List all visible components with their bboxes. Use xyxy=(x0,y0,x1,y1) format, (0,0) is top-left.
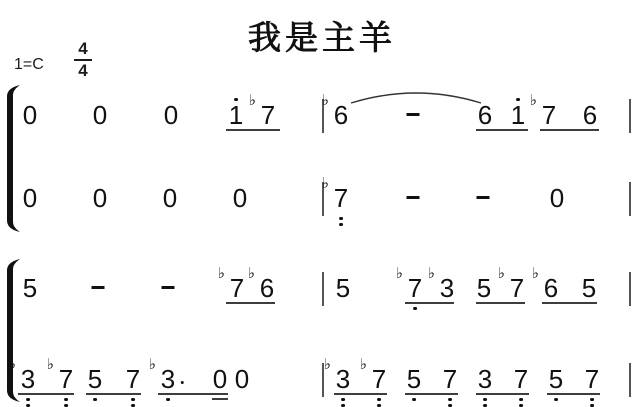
note: 7♭ xyxy=(59,366,73,392)
note: 3♭ xyxy=(440,275,454,301)
rest-note: 0 xyxy=(163,185,177,211)
octave-dot-below xyxy=(166,398,169,401)
note-digit: 0 xyxy=(93,183,107,213)
rest-note: 0 xyxy=(93,185,107,211)
note: 7♭ xyxy=(261,102,275,128)
note-digit: 1 xyxy=(511,100,525,130)
barline xyxy=(629,363,631,397)
beam-underline xyxy=(86,393,141,395)
note-digit: 5 xyxy=(336,273,350,303)
beam-underline xyxy=(542,302,597,304)
half-note-dash xyxy=(162,286,175,289)
beam-underline xyxy=(476,393,529,395)
flat-icon: ♭ xyxy=(322,176,329,191)
flat-icon: ♭ xyxy=(530,93,537,108)
octave-dot-below xyxy=(590,398,593,401)
flat-icon: ♭ xyxy=(149,357,156,372)
note-digit: 0 xyxy=(23,100,37,130)
note: 7 xyxy=(443,366,457,392)
note-digit: 3 xyxy=(161,364,175,394)
octave-dot-below xyxy=(412,398,415,401)
note-digit: 3 xyxy=(336,364,350,394)
note: 7♭ xyxy=(510,275,524,301)
note: 7♭ xyxy=(230,275,244,301)
flat-icon: ♭ xyxy=(47,357,54,372)
note: 5 xyxy=(477,275,491,301)
note-digit: 7 xyxy=(408,273,422,303)
note-digit: 0 xyxy=(164,100,178,130)
octave-dot-below xyxy=(413,307,416,310)
note-digit: 7 xyxy=(261,100,275,130)
flat-icon: ♭ xyxy=(428,266,435,281)
barline xyxy=(322,272,324,306)
note-digit: 6 xyxy=(478,100,492,130)
note-digit: 3 xyxy=(21,364,35,394)
beam-underline xyxy=(547,393,600,395)
note-digit: 7 xyxy=(372,364,386,394)
note: 3♭ xyxy=(161,366,175,392)
half-note-dash xyxy=(477,196,490,199)
rest-note: 0 xyxy=(550,185,564,211)
note-digit: 1 xyxy=(229,100,243,130)
octave-dot-below xyxy=(448,398,451,401)
rest-note: 0 xyxy=(213,366,227,392)
note-digit: 3 xyxy=(478,364,492,394)
note-digit: 7 xyxy=(542,100,556,130)
rest-note: 0 xyxy=(164,102,178,128)
half-note-dash xyxy=(92,286,105,289)
half-note-dash xyxy=(407,113,420,116)
note: 5 xyxy=(336,275,350,301)
note-digit: 5 xyxy=(88,364,102,394)
barline xyxy=(629,272,631,306)
beam-underline xyxy=(18,393,74,395)
note-digit: 0 xyxy=(235,364,249,394)
note: 7 xyxy=(126,366,140,392)
octave-dot-below xyxy=(483,398,486,401)
note: 3♭ xyxy=(21,366,35,392)
note: 7 xyxy=(585,366,599,392)
note: 7♭ xyxy=(334,185,348,211)
note-digit: 5 xyxy=(549,364,563,394)
flat-icon: ♭ xyxy=(218,266,225,281)
beam-underline xyxy=(405,393,458,395)
rest-note: 0 xyxy=(235,366,249,392)
note-digit: 6 xyxy=(334,100,348,130)
rest-note: 0 xyxy=(93,102,107,128)
sheet-music-page: 我是主羊 1=C 4 4 00017♭6♭617♭600007♭057♭6♭57… xyxy=(0,0,644,407)
note-digit: 0 xyxy=(93,100,107,130)
duration-dot xyxy=(181,381,184,384)
octave-dot-below xyxy=(377,398,380,401)
beam-underline-2 xyxy=(212,398,228,400)
note: 3 xyxy=(478,366,492,392)
octave-dot-below xyxy=(131,398,134,401)
note-digit: 6 xyxy=(544,273,558,303)
octave-dot-below xyxy=(93,398,96,401)
note: 6 xyxy=(583,102,597,128)
octave-dot-below xyxy=(64,398,67,401)
flat-icon: ♭ xyxy=(9,357,16,372)
flat-icon: ♭ xyxy=(532,266,539,281)
beam-underline xyxy=(226,302,275,304)
note-digit: 5 xyxy=(582,273,596,303)
note-digit: 7 xyxy=(443,364,457,394)
note: 6♭ xyxy=(334,102,348,128)
barline xyxy=(629,182,631,216)
note: 1 xyxy=(229,102,243,128)
note-digit: 7 xyxy=(126,364,140,394)
flat-icon: ♭ xyxy=(248,266,255,281)
note: 6♭ xyxy=(544,275,558,301)
note: 5 xyxy=(88,366,102,392)
note-digit: 0 xyxy=(550,183,564,213)
flat-icon: ♭ xyxy=(249,93,256,108)
rest-note: 0 xyxy=(233,185,247,211)
note-digit: 5 xyxy=(477,273,491,303)
beam-underline xyxy=(476,129,528,131)
octave-dot-below xyxy=(26,398,29,401)
note-digit: 7 xyxy=(230,273,244,303)
note-digit: 7 xyxy=(334,183,348,213)
note-digit: 5 xyxy=(23,273,37,303)
note-digit: 0 xyxy=(163,183,177,213)
rest-note: 0 xyxy=(23,102,37,128)
note: 5 xyxy=(582,275,596,301)
beam-underline xyxy=(476,302,525,304)
beam-underline xyxy=(334,393,387,395)
note-digit: 0 xyxy=(213,364,227,394)
note: 7♭ xyxy=(372,366,386,392)
note-digit: 7 xyxy=(510,273,524,303)
note: 7♭ xyxy=(408,275,422,301)
note-digit: 7 xyxy=(514,364,528,394)
flat-icon: ♭ xyxy=(498,266,505,281)
note: 3♭ xyxy=(336,366,350,392)
note: 5 xyxy=(549,366,563,392)
note: 5 xyxy=(23,275,37,301)
flat-icon: ♭ xyxy=(360,357,367,372)
beam-underline xyxy=(540,129,599,131)
octave-dot-below xyxy=(554,398,557,401)
note: 6 xyxy=(478,102,492,128)
tie-slur xyxy=(350,91,482,105)
note: 6♭ xyxy=(260,275,274,301)
octave-dot-below xyxy=(339,223,342,226)
note-digit: 6 xyxy=(583,100,597,130)
note-digit: 0 xyxy=(233,183,247,213)
note: 1 xyxy=(511,102,525,128)
beam-underline xyxy=(226,129,280,131)
beam-underline xyxy=(405,302,454,304)
note-digit: 3 xyxy=(440,273,454,303)
flat-icon: ♭ xyxy=(322,93,329,108)
barline xyxy=(629,99,631,133)
score: 00017♭6♭617♭600007♭057♭6♭57♭3♭57♭6♭53♭7♭… xyxy=(0,0,644,407)
octave-dot-below xyxy=(519,398,522,401)
octave-dot-below xyxy=(339,217,342,220)
half-note-dash xyxy=(407,196,420,199)
note-digit: 7 xyxy=(59,364,73,394)
note-digit: 6 xyxy=(260,273,274,303)
note: 7 xyxy=(514,366,528,392)
note: 7♭ xyxy=(542,102,556,128)
note-digit: 0 xyxy=(23,183,37,213)
rest-note: 0 xyxy=(23,185,37,211)
note: 5 xyxy=(407,366,421,392)
flat-icon: ♭ xyxy=(396,266,403,281)
octave-dot-below xyxy=(341,398,344,401)
note-digit: 5 xyxy=(407,364,421,394)
note-digit: 7 xyxy=(585,364,599,394)
flat-icon: ♭ xyxy=(324,357,331,372)
